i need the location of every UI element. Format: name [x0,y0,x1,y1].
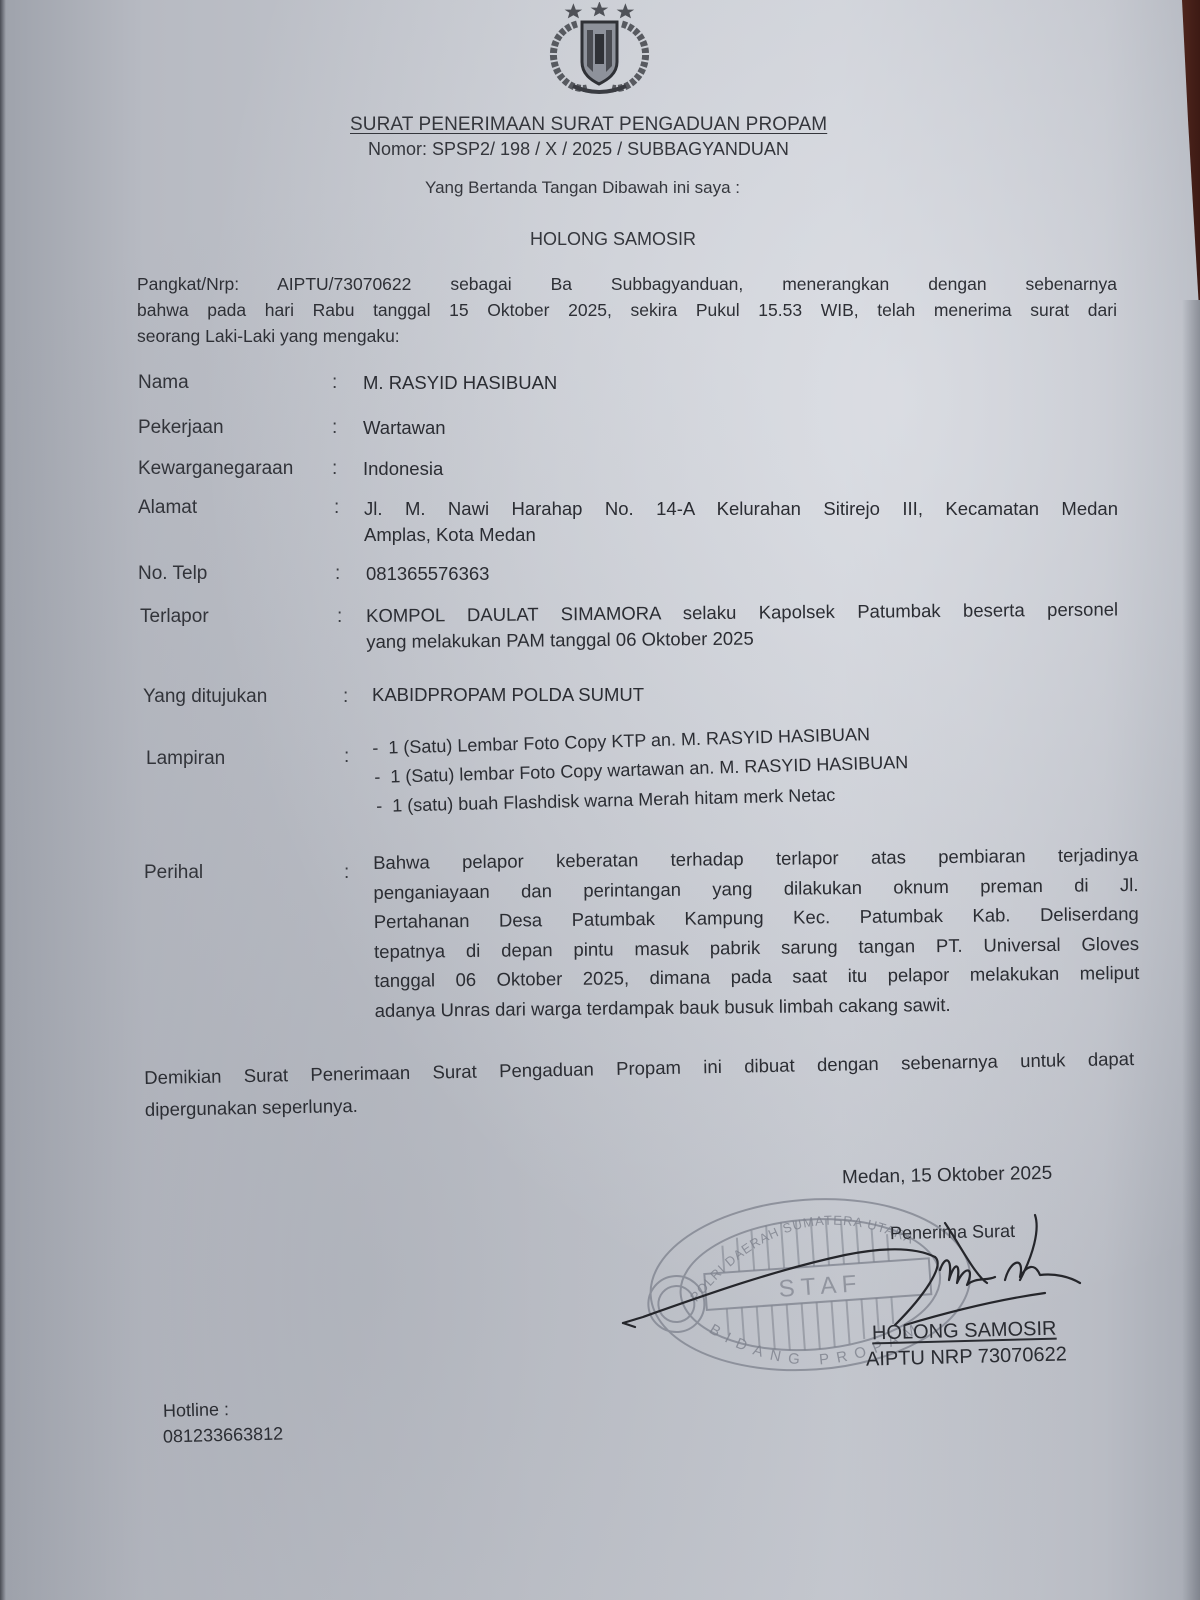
field-colon: : [332,417,337,439]
intro-text: Yang Bertanda Tangan Dibawah ini saya : [425,178,740,198]
field-colon: : [337,606,342,628]
field-label-nama: Nama [138,372,189,394]
hotline-number: 081233663812 [163,1423,284,1447]
field-label-kewarganegaraan: Kewarganegaraan [138,458,293,480]
bullet-dash: - [372,738,389,758]
field-label-pekerjaan: Pekerjaan [138,417,224,439]
document-number: Nomor: SPSP2/ 198 / X / 2025 / SUBBAGYAN… [368,139,789,160]
field-value-pekerjaan: Wartawan [363,417,446,439]
hotline-label: Hotline : [163,1399,230,1422]
field-value-kewarganegaraan: Indonesia [363,458,443,480]
field-label-lampiran: Lampiran [146,748,225,770]
document-title: SURAT PENERIMAAN SURAT PENGADUAN PROPAM [350,114,827,136]
statement-line: seorang Laki-Laki yang mengaku: [137,323,1117,349]
field-colon: : [344,746,349,768]
field-value-alamat: Jl. M. Nawi Harahap No. 14-A Kelurahan S… [364,496,1118,548]
field-label-terlapor: Terlapor [140,606,209,628]
statement-line: Pangkat/Nrp: AIPTU/73070622 sebagai Ba S… [137,271,1117,297]
field-label-ditujukan: Yang ditujukan [143,686,267,708]
field-value-terlapor: KOMPOL DAULAT SIMAMORA selaku Kapolsek P… [366,596,1118,655]
page-edge-left [0,0,6,1600]
statement-paragraph: Pangkat/Nrp: AIPTU/73070622 sebagai Ba S… [137,271,1117,349]
field-value-perihal: Bahwa pelapor keberatan terhadap terlapo… [373,840,1140,1025]
field-label-alamat: Alamat [138,497,197,519]
statement-line: bahwa pada hari Rabu tanggal 15 Oktober … [137,297,1117,323]
page-edge-shadow [1182,300,1200,1600]
alamat-line: Amplas, Kota Medan [364,522,1118,548]
field-colon: : [344,862,349,884]
signer-name: HOLONG SAMOSIR [530,229,696,250]
field-colon: : [332,372,337,394]
handwritten-signature [615,1185,1095,1335]
field-label-telp: No. Telp [138,563,207,585]
field-value-nama: M. RASYID HASIBUAN [363,372,557,394]
field-value-ditujukan: KABIDPROPAM POLDA SUMUT [372,684,644,706]
bullet-dash: - [374,767,391,787]
field-label-perihal: Perihal [144,862,203,884]
alamat-line: Jl. M. Nawi Harahap No. 14-A Kelurahan S… [364,496,1118,522]
field-colon: : [334,497,339,519]
police-emblem-icon [537,2,662,97]
field-colon: : [335,563,340,585]
field-value-telp: 081365576363 [366,563,489,585]
bullet-dash: - [376,796,392,816]
field-colon: : [332,458,337,480]
signature-name: HOLONG SAMOSIR [872,1318,1057,1346]
field-colon: : [343,686,348,708]
